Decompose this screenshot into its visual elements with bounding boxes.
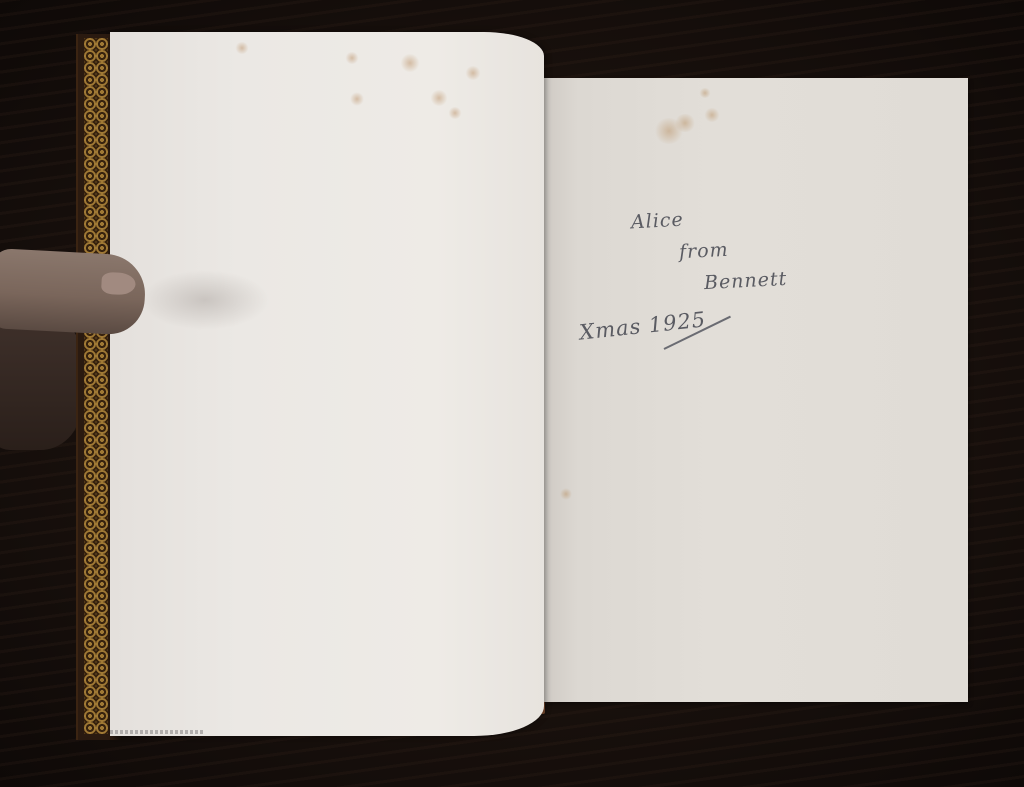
foxing-spot <box>400 54 420 72</box>
hand-thumb <box>0 248 147 336</box>
foxing-spot <box>430 90 448 106</box>
inscription-recipient: Alice <box>630 209 684 234</box>
right-flyleaf-page: Alice from Bennett Xmas 1925 <box>544 78 968 702</box>
foxing-spot <box>235 42 249 54</box>
inscription-giver: Bennett <box>703 268 787 294</box>
hand-fingers <box>0 320 80 450</box>
gilt-tooling-pattern <box>84 38 108 734</box>
foxing-spot <box>448 107 462 119</box>
foxing-spot <box>350 92 364 106</box>
left-blank-page <box>110 32 544 736</box>
thumb-shadow <box>140 270 270 330</box>
handwritten-inscription: Alice from Bennett Xmas 1925 <box>544 78 968 702</box>
inscription-date: Xmas 1925 <box>578 307 707 344</box>
printer-mark <box>110 730 205 734</box>
foxing-spot <box>345 52 359 64</box>
foxing-spot <box>465 66 481 80</box>
inscription-from: from <box>678 239 729 264</box>
thumbnail <box>101 272 136 296</box>
